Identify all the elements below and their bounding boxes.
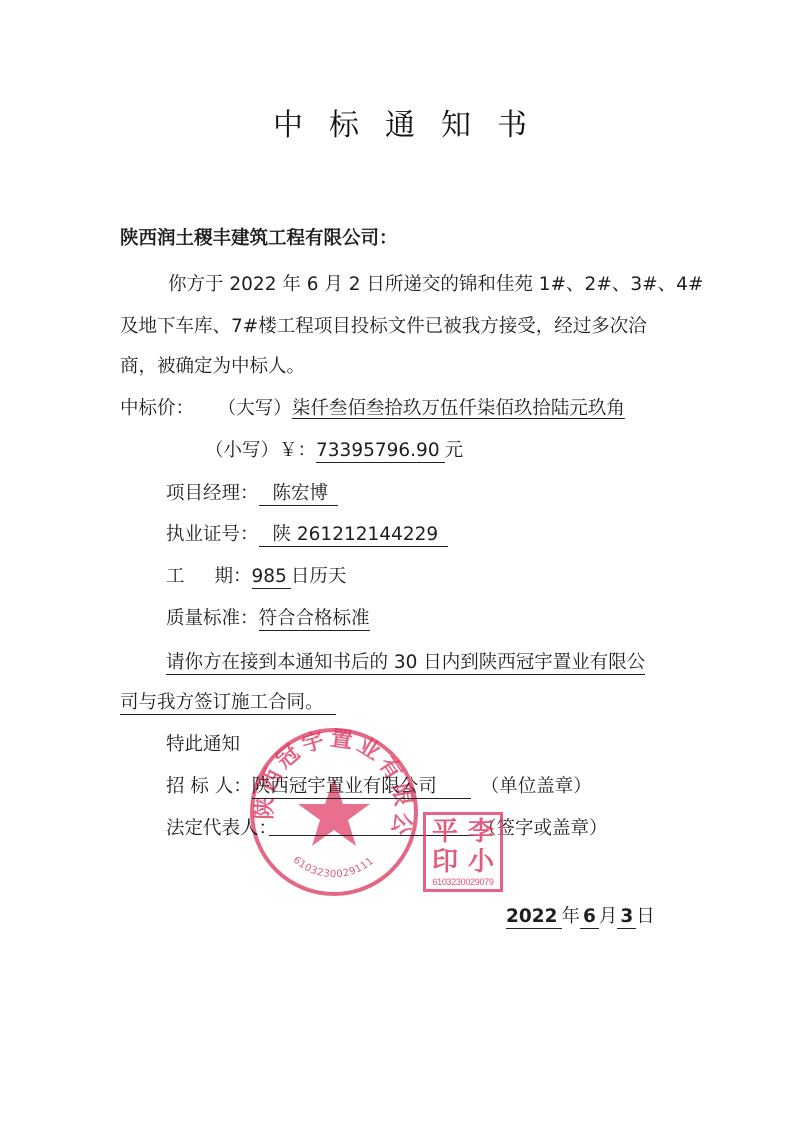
duration-value: 985 — [252, 566, 291, 589]
license-value: 陕 261212144229 — [259, 524, 449, 547]
company-seal-code: 6103230029111 — [291, 855, 377, 881]
quality-row: 质量标准：符合合格标准 — [166, 608, 370, 631]
tenderer-note: （单位盖章） — [481, 776, 592, 797]
date-year-unit: 年 — [562, 906, 581, 927]
bid-price-unit: 元 — [445, 440, 464, 461]
instruction-text-2: 司与我方签订施工合同。 — [120, 692, 336, 715]
bid-price-upper-label: （大写） — [218, 398, 292, 419]
legal-rep-label: 法定代表人： — [166, 818, 277, 840]
instruction-line-1: 请你方在接到本通知书后的 30 日内到陕西冠宇置业有限公 — [166, 652, 645, 675]
company-seal: 陕西冠宇置业有限公司 6103230029111 — [250, 728, 418, 896]
date-month: 6 — [580, 906, 599, 929]
project-manager-row: 项目经理：陈宏博 — [166, 483, 338, 506]
tenderer-value: 陕西冠宇置业有限公司 — [252, 776, 471, 799]
legal-rep-note: （签字或盖章） — [478, 818, 608, 840]
quality-label: 质量标准： — [166, 608, 259, 629]
duration-label-a: 工 — [166, 566, 185, 587]
company-seal-graphic: 陕西冠宇置业有限公司 6103230029111 — [250, 728, 418, 896]
quality-value: 符合合格标准 — [259, 608, 370, 631]
instruction-text-1: 请你方在接到本通知书后的 30 日内到陕西冠宇置业有限公 — [166, 652, 645, 675]
recipient: 陕西润土稷丰建筑工程有限公司： — [120, 228, 398, 250]
project-manager-label: 项目经理： — [166, 483, 259, 504]
seal-char: 平 — [432, 819, 458, 845]
tenderer-row: 招 标 人：陕西冠宇置业有限公司（单位盖章） — [166, 776, 592, 799]
date-day-unit: 日 — [636, 906, 655, 927]
personal-seal-code: 6103230029079 — [428, 877, 498, 887]
tenderer-label: 招 标 人： — [166, 776, 252, 797]
bid-price-label: 中标价： — [120, 398, 194, 419]
date-month-unit: 月 — [599, 906, 618, 927]
signature-line — [269, 835, 475, 836]
bid-price-lower-row: （小写）￥：73395796.90元 — [205, 440, 463, 463]
paragraph-line-1: 你方于 2022 年 6 月 2 日所递交的锦和佳苑 1#、2#、3#、4# — [168, 274, 703, 296]
seal-char: 印 — [432, 849, 458, 875]
svg-text:6103230029111: 6103230029111 — [291, 855, 377, 881]
date-day: 3 — [617, 906, 636, 929]
document-title: 中标通知书 — [0, 100, 800, 144]
date-year: 2022 — [506, 906, 562, 929]
duration-row: 工期：985日历天 — [166, 566, 346, 589]
license-row: 执业证号：陕 261212144229 — [166, 524, 448, 547]
license-label: 执业证号： — [166, 524, 259, 545]
bid-price-lower-label: （小写）￥： — [205, 440, 316, 461]
project-manager-value: 陈宏博 — [259, 483, 339, 506]
bid-price-lower-value: 73395796.90 — [316, 440, 445, 463]
seal-char: 小 — [468, 849, 494, 875]
date-row: 2022年6月3日 — [506, 906, 655, 929]
duration-label-b: 期： — [215, 566, 252, 587]
bid-price-row: 中标价： （大写）柒仟叁佰叁拾玖万伍仟柒佰玖拾陆元玖角 — [120, 398, 625, 420]
duration-unit: 日历天 — [291, 566, 347, 587]
instruction-line-2: 司与我方签订施工合同。 — [120, 692, 336, 715]
closing: 特此通知 — [166, 734, 240, 756]
bid-price-upper-value: 柒仟叁佰叁拾玖万伍仟柒佰玖拾陆元玖角 — [292, 398, 625, 419]
paragraph-line-3: 商，被确定为中标人。 — [120, 356, 305, 378]
paragraph-line-2: 及地下车库、7#楼工程项目投标文件已被我方接受，经过多次洽 — [120, 316, 647, 338]
